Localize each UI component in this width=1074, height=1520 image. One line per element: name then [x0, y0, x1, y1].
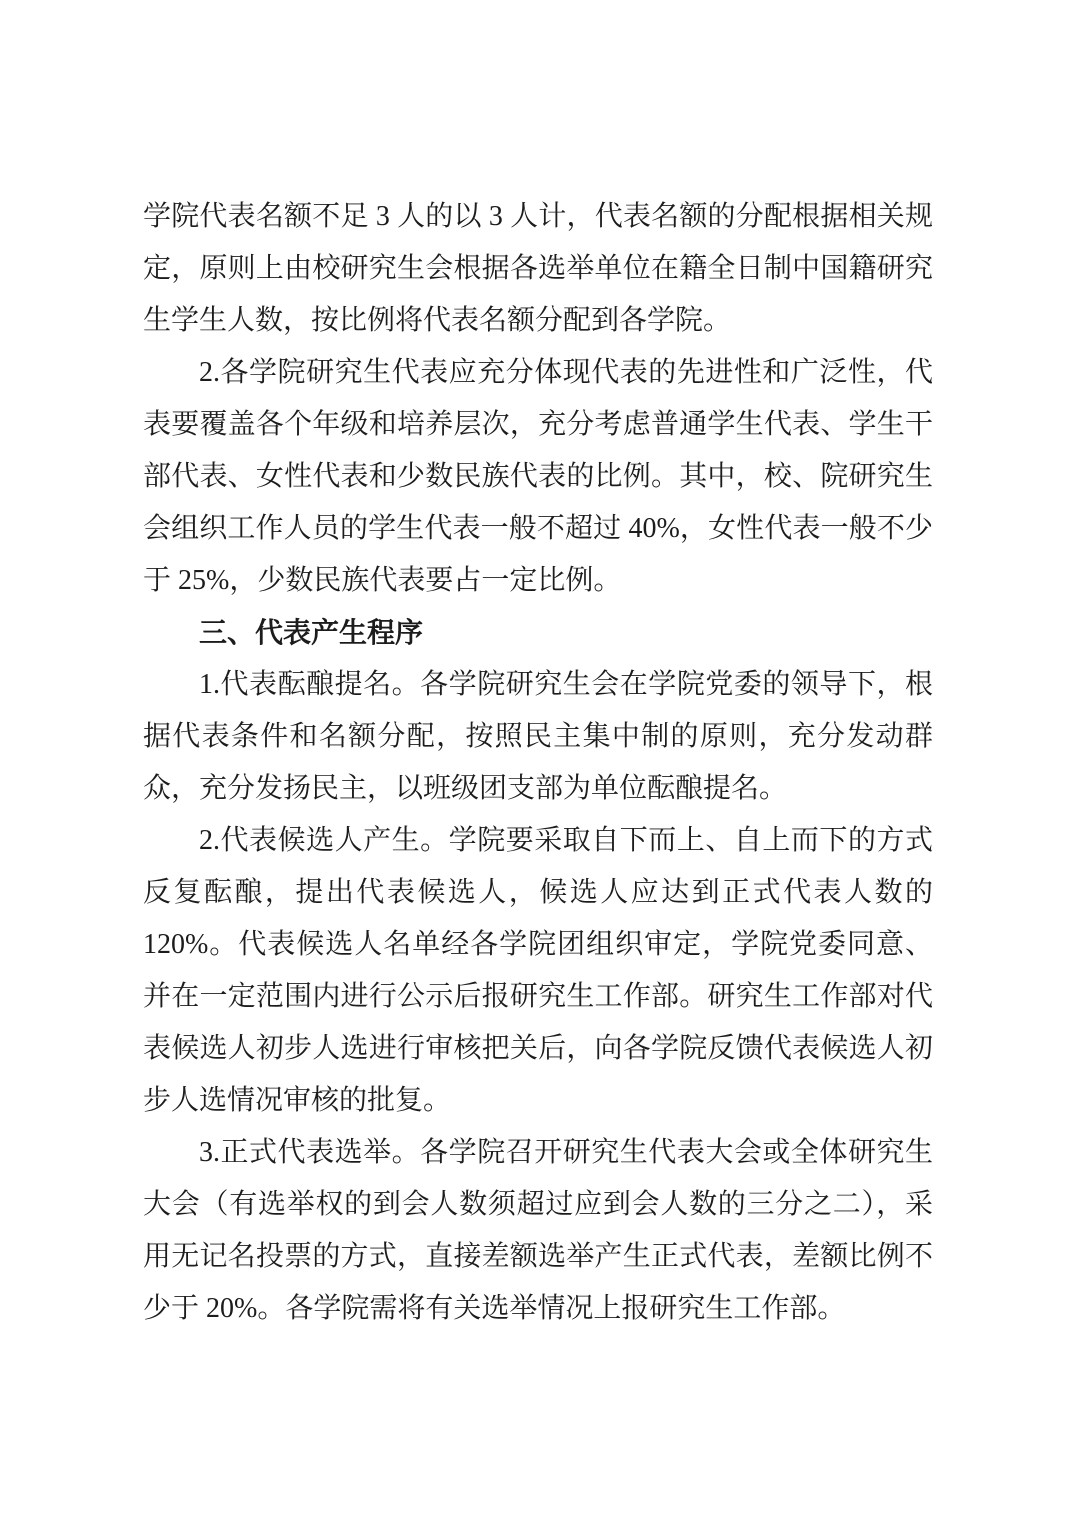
- document-body: 学院代表名额不足 3 人的以 3 人计，代表名额的分配根据相关规定，原则上由校研…: [143, 191, 933, 1335]
- document-page: 学院代表名额不足 3 人的以 3 人计，代表名额的分配根据相关规定，原则上由校研…: [0, 0, 1074, 1520]
- body-paragraph: 学院代表名额不足 3 人的以 3 人计，代表名额的分配根据相关规定，原则上由校研…: [143, 191, 933, 347]
- section-heading: 三、代表产生程序: [143, 607, 933, 659]
- body-paragraph: 2.各学院研究生代表应充分体现代表的先进性和广泛性，代表要覆盖各个年级和培养层次…: [143, 347, 933, 607]
- body-paragraph: 3.正式代表选举。各学院召开研究生代表大会或全体研究生大会（有选举权的到会人数须…: [143, 1127, 933, 1335]
- body-paragraph: 2.代表候选人产生。学院要采取自下而上、自上而下的方式反复酝酿，提出代表候选人，…: [143, 815, 933, 1127]
- body-paragraph: 1.代表酝酿提名。各学院研究生会在学院党委的领导下，根据代表条件和名额分配，按照…: [143, 659, 933, 815]
